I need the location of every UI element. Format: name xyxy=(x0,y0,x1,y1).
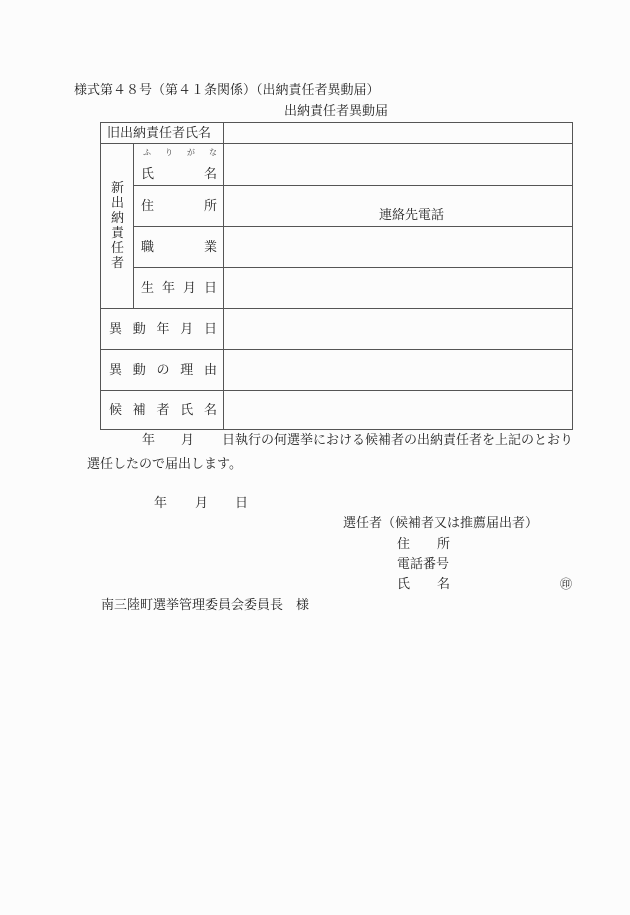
notification-table: 旧出納責任者氏名 新 出 納 責 任 者 ふりがな 氏名 住所 連絡先電話 職業… xyxy=(100,122,573,430)
new-treasurer-group-label: 新 出 納 責 任 者 xyxy=(102,181,133,271)
change-reason-label: 異動の理由 xyxy=(109,364,217,377)
address-label: 住所 xyxy=(141,200,217,213)
appointer-heading: 選任者（候補者又は推薦届出者） xyxy=(343,517,538,530)
appointer-address-char2: 所 xyxy=(437,538,450,551)
change-reason-field[interactable] xyxy=(224,350,572,390)
appointer-name-char2: 名 xyxy=(437,578,450,591)
old-treasurer-label: 旧出納責任者氏名 xyxy=(107,127,219,140)
statement-line1: 日執行の何選挙における候補者の出納責任者を上記のとおり xyxy=(222,434,573,447)
addressee: 南三陸町選挙管理委員会委員長 様 xyxy=(101,599,309,612)
statement-line2: 選任したので届出します。 xyxy=(87,458,242,471)
form-title: 出納責任者異動届 xyxy=(284,105,388,118)
date-day-label: 日 xyxy=(235,497,248,510)
contact-phone-label: 連絡先電話 xyxy=(379,209,444,222)
birthdate-label: 生年月日 xyxy=(141,282,217,295)
appointer-address-char1: 住 xyxy=(397,538,410,551)
name-label: 氏名 xyxy=(141,168,217,181)
date-year-label: 年 xyxy=(154,497,167,510)
appointer-name-char1: 氏 xyxy=(397,578,410,591)
occupation-label: 職業 xyxy=(141,241,217,254)
new-name-field[interactable] xyxy=(224,144,572,185)
new-birthdate-field[interactable] xyxy=(224,268,572,308)
column-divider xyxy=(133,143,134,308)
date-month-label: 月 xyxy=(195,497,208,510)
statement-month-label: 月 xyxy=(181,434,194,447)
change-date-field[interactable] xyxy=(224,309,572,349)
form-number: 様式第４８号（第４１条関係）（出納責任者異動届） xyxy=(74,84,380,97)
seal-icon: ㊞ xyxy=(560,578,572,590)
statement-year-label: 年 xyxy=(142,434,155,447)
change-date-label: 異動年月日 xyxy=(109,323,217,336)
furigana-label: ふりがな xyxy=(143,149,217,157)
candidate-name-field[interactable] xyxy=(224,391,572,429)
appointer-phone-label: 電話番号 xyxy=(397,558,449,571)
new-occupation-field[interactable] xyxy=(224,227,572,267)
candidate-name-label: 候補者氏名 xyxy=(109,404,217,417)
old-treasurer-name-field[interactable] xyxy=(224,123,572,143)
